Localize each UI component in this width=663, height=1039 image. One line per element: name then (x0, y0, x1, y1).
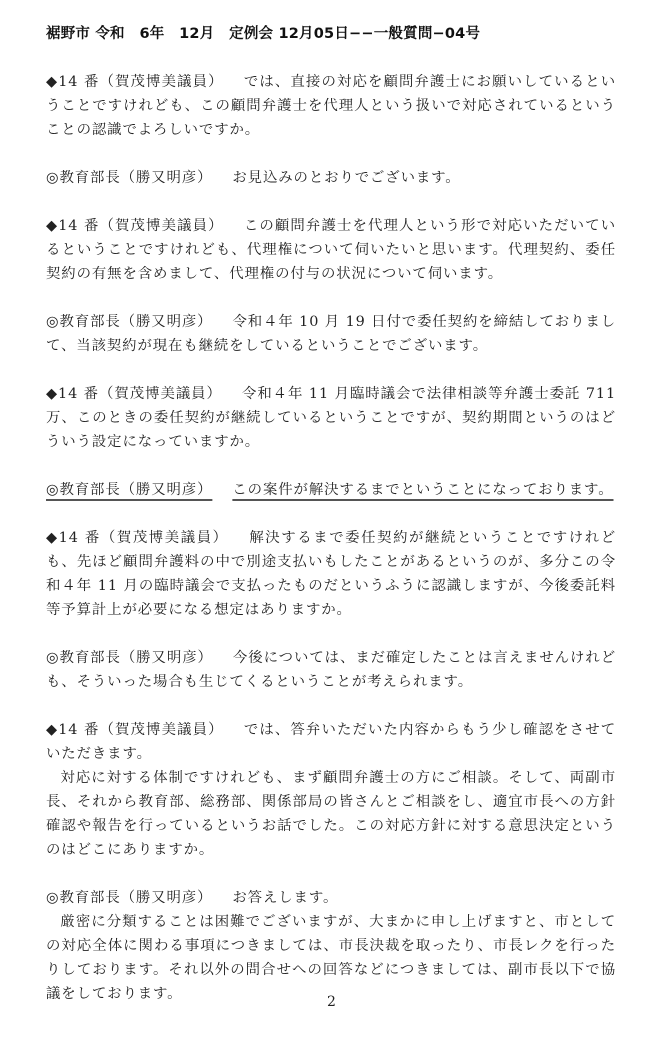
exchange-answer-highlighted: ◎教育部長（勝又明彦）この案件が解決するまでということになっております。 (46, 478, 616, 502)
statement-text: お見込みのとおりでございます。 (232, 170, 460, 186)
speaker-label: ◎教育部長（勝又明彦） (46, 890, 212, 906)
document-page: 裾野市 令和 6年 12月 定例会 12月05日−−一般質問−04号 ◆14 番… (0, 0, 663, 1039)
speaker-label: ◆14 番（賀茂博美議員） (46, 530, 229, 546)
exchange-question: ◆14 番（賀茂博美議員）解決するまで委任契約が継続ということですけれども、先ほ… (46, 526, 616, 622)
exchange-question: ◆14 番（賀茂博美議員）では、直接の対応を顧問弁護士にお願いしているということ… (46, 70, 616, 142)
exchange-answer: ◎教育部長（勝又明彦）今後については、まだ確定したことは言えませんけれども、そう… (46, 646, 616, 694)
exchange-answer: ◎教育部長（勝又明彦）令和４年 10 月 19 日付で委任契約を締結しておりまし… (46, 310, 616, 358)
speaker-label: ◎教育部長（勝又明彦） (46, 650, 213, 666)
speaker-label: ◆14 番（賀茂博美議員） (46, 722, 224, 738)
speaker-label: ◎教育部長（勝又明彦） (46, 314, 212, 330)
exchange-question: ◆14 番（賀茂博美議員）では、答弁いただいた内容からもう少し確認をさせていただ… (46, 718, 616, 766)
speaker-label: ◎教育部長（勝又明彦） (46, 482, 212, 498)
exchange-question-continuation: 対応に対する体制ですけれども、まず顧問弁護士の方にご相談。そして、両副市長、それ… (46, 766, 616, 862)
exchange-answer: ◎教育部長（勝又明彦）お見込みのとおりでございます。 (46, 166, 616, 190)
document-header: 裾野市 令和 6年 12月 定例会 12月05日−−一般質問−04号 (46, 22, 480, 43)
statement-text: この案件が解決するまでということになっております。 (232, 482, 613, 498)
exchange-answer: ◎教育部長（勝又明彦）お答えします。 (46, 886, 616, 910)
speaker-label: ◆14 番（賀茂博美議員） (46, 74, 224, 90)
speaker-label: ◆14 番（賀茂博美議員） (46, 218, 224, 234)
speaker-label: ◆14 番（賀茂博美議員） (46, 386, 222, 402)
exchange-question: ◆14 番（賀茂博美議員）令和４年 11 月臨時議会で法律相談等弁護士委託 71… (46, 382, 616, 454)
page-number: 2 (0, 994, 663, 1010)
statement-text: お答えします。 (232, 890, 338, 906)
exchange-question: ◆14 番（賀茂博美議員）この顧問弁護士を代理人という形で対応いただいているとい… (46, 214, 616, 286)
speaker-label: ◎教育部長（勝又明彦） (46, 170, 212, 186)
exchange-answer-continuation: 厳密に分類することは困難でございますが、大まかに申し上げますと、市としての対応全… (46, 910, 616, 1006)
transcript-body: ◆14 番（賀茂博美議員）では、直接の対応を顧問弁護士にお願いしているということ… (46, 70, 616, 1030)
